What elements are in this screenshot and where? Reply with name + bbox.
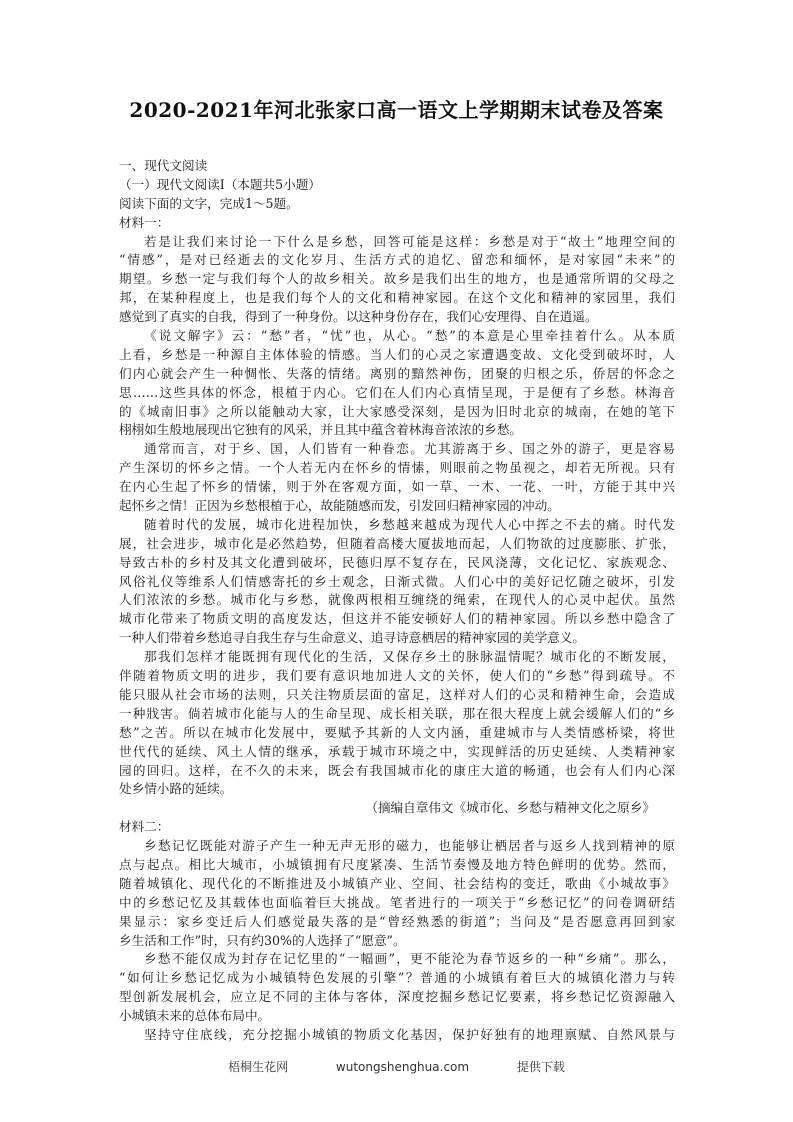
- paragraph-line: 乡愁记忆既能对游子产生一种无声无形的磁力，也能够让栖居者与返乡人找到精神的原: [119, 837, 675, 856]
- paragraph-line: 《说文解字》云：“愁”者，“忧”也，从心。“愁”的本意是心里牵挂着什么。从本质: [119, 327, 675, 346]
- paragraph-line: 处乡情小路的延续。: [119, 780, 675, 799]
- paragraph-line: 邦，在某种程度上，也是我们每个人的文化和精神家园。在这个文化和精神的家园里，我们: [119, 289, 675, 308]
- paragraph-line: 中的乡愁记忆及其载体也面临着巨大挑战。笔者进行的一项关于“乡愁记忆”的问卷调研结: [119, 894, 675, 913]
- paragraph-line: 一种戕害。倘若城市化能与人的生命呈现、成长相关联，那在很大程度上就会缓解人们的“…: [119, 705, 675, 724]
- paragraph-line: 期望。乡愁一定与我们每个人的故乡相关。故乡是我们出生的地方，也是通常所谓的父母之: [119, 270, 675, 289]
- paragraph-line: 展，社会进步，城市化是必然趋势，但随着高楼大厦拔地而起，人们物欲的过度膨胀、扩张…: [119, 535, 675, 554]
- paragraph-line: 栩栩如生般地展现出它独有的风采，并且其中蕴含着林海音浓浓的乡愁。: [119, 421, 675, 440]
- paragraph-line: “情感”，是对已经逝去的文化岁月、生活方式的追忆、留恋和缅怀，是对家园“未来”的: [119, 251, 675, 270]
- material1-label: 材料一：: [119, 214, 675, 233]
- paragraph-line: 感觉到了真实的自我，得到了一种身份。以这种身份存在，我们心安理得、自在逍遥。: [119, 308, 675, 327]
- paragraph-line: 随着城镇化、现代化的不断推进及小城镇产业、空间、社会结构的变迁，歌曲《小城故事》: [119, 875, 675, 894]
- page-footer: 梧桐生花网 wutongshenghua.com 提供下载: [0, 1058, 793, 1075]
- paragraph-line: 人们浓浓的乡愁。城市化与乡愁，就像两根相互缠绕的绳索，在现代人的心灵中起伏。虽然: [119, 591, 675, 610]
- section-heading: 一、现代文阅读: [119, 157, 675, 176]
- paragraph-line: 思……这些具体的怀念，根植于内心。它们在人们内心真情呈现，于是便有了乡愁。林海音: [119, 384, 675, 403]
- paragraph-line: 能只服从社会市场的法则，只关注物质层面的富足，这样对人们的心灵和精神生命，会造成: [119, 686, 675, 705]
- paragraph-line: 们内心就会产生一种惆怅、失落的情绪。离别的黯然神伤，团聚的归根之乐，侨居的怀念之: [119, 365, 675, 384]
- paragraph-line: 伴随着物质文明的进步，我们要有意识地加进人文的关怀，使人们的“乡愁”得到疏导。不: [119, 667, 675, 686]
- document-body: 一、现代文阅读 （一）现代文阅读Ⅰ（本题共5小题） 阅读下面的文字，完成1～5题…: [119, 157, 675, 1045]
- paragraph-line: 小城镇未来的总体布局中。: [119, 1007, 675, 1026]
- paragraph-line: 起怀乡之情！正因为乡愁根植于心，故能随感而发，引发回归精神家园的冲动。: [119, 497, 675, 516]
- paragraph-line: 世代代的延续、风土人情的继承，承载于城市环境之中，实现鲜活的历史延续、人类精神家: [119, 743, 675, 762]
- paragraph-line: 点与起点。相比大城市，小城镇拥有尺度紧凑、生活节奏慢及地方特色鲜明的优势。然而，: [119, 856, 675, 875]
- paragraph-line: 坚持守住底线，充分挖掘小城镇的物质文化基因，保护好独有的地理禀赋、自然风景与: [119, 1026, 675, 1045]
- footer-site-url[interactable]: wutongshenghua.com: [336, 1060, 469, 1074]
- paragraph-line: 上看，乡愁是一种源自主体体验的情感。当人们的心灵之家遭遇变故、文化受到破坏时，人: [119, 346, 675, 365]
- paragraph-line: 愁”之苦。所以在城市化发展中，要赋予其新的人文内涵，重建城市与人类情感桥梁，将世: [119, 724, 675, 743]
- footer-site-name: 梧桐生花网: [228, 1060, 288, 1074]
- paragraph-line: 若是让我们来讨论一下什么是乡愁，回答可能是这样：乡愁是对于“故土”地理空间的: [119, 233, 675, 252]
- instruction-text: 阅读下面的文字，完成1～5题。: [119, 195, 675, 214]
- paragraph-line: 风俗礼仪等维系人们情感寄托的乡土观念，日渐式微。人们心中的美好记忆随之破坏，引发: [119, 573, 675, 592]
- footer-download-text: 提供下载: [517, 1060, 565, 1074]
- paragraph-line: “如何让乡愁记忆成为小城镇特色发展的引擎”？普通的小城镇有着巨大的城镇化潜力与转: [119, 969, 675, 988]
- paragraph-line: 型创新发展机会，应立足不同的主体与客体，深度挖掘乡愁记忆要素，将乡愁记忆资源融入: [119, 988, 675, 1007]
- paragraph-line: 园的回归。这样，在不久的未来，既会有我国城市化的康庄大道的畅通，也会有人们内心深: [119, 762, 675, 781]
- paragraph-line: 随着时代的发展，城市化进程加快，乡愁越来越成为现代人心中挥之不去的痛。时代发: [119, 516, 675, 535]
- subsection-heading: （一）现代文阅读Ⅰ（本题共5小题）: [119, 176, 675, 195]
- paragraph-line: 果显示：家乡变迁后人们感觉最失落的是“曾经熟悉的街道”；当问及“是否愿意再回到家: [119, 913, 675, 932]
- material2-label: 材料二：: [119, 818, 675, 837]
- material1-source: （摘编自章伟文《城市化、乡愁与精神文化之原乡》: [119, 799, 675, 818]
- paragraph-line: 导致古朴的乡村及其文化遭到破坏，民德归厚不复存在，民风浇薄，文化记忆、家族观念、: [119, 554, 675, 573]
- paragraph-line: 乡愁不能仅成为封存在记忆里的“一幅画”，更不能沦为春节返乡的一种“乡痛”。那么，: [119, 950, 675, 969]
- paragraph-line: 一种人们带着乡愁追寻自我生存与生命意义、追寻诗意栖居的精神家园的美学意义。: [119, 629, 675, 648]
- paragraph-line: 那我们怎样才能既拥有现代化的生活，又保存乡土的脉脉温情呢？城市化的不断发展，: [119, 648, 675, 667]
- paragraph-line: 城市化带来了物质文明的高度发达，但这并不能安顿好人们的精神家园。所以乡愁中隐含了: [119, 610, 675, 629]
- paragraph-line: 产生深切的怀乡之情。一个人若无内在怀乡的情愫，则眼前之物虽视之，却若无所视。只有: [119, 459, 675, 478]
- page-title: 2020-2021年河北张家口高一语文上学期期末试卷及答案: [0, 94, 793, 123]
- paragraph-line: 在内心生起了怀乡的情愫，则于外在客观方面，如一草、一木、一花、一叶，方能于其中兴: [119, 478, 675, 497]
- paragraph-line: 通常而言，对于乡、国，人们皆有一种眷恋。尤其游离于乡、国之外的游子，更是容易: [119, 440, 675, 459]
- document-page: 2020-2021年河北张家口高一语文上学期期末试卷及答案 一、现代文阅读 （一…: [0, 0, 793, 1122]
- paragraph-line: 的《城南旧事》之所以能触动大家，让大家感受深刻，是因为旧时北京的城南，在她的笔下: [119, 403, 675, 422]
- paragraph-line: 乡生活和工作”时，只有约30%的人选择了“愿意”。: [119, 932, 675, 951]
